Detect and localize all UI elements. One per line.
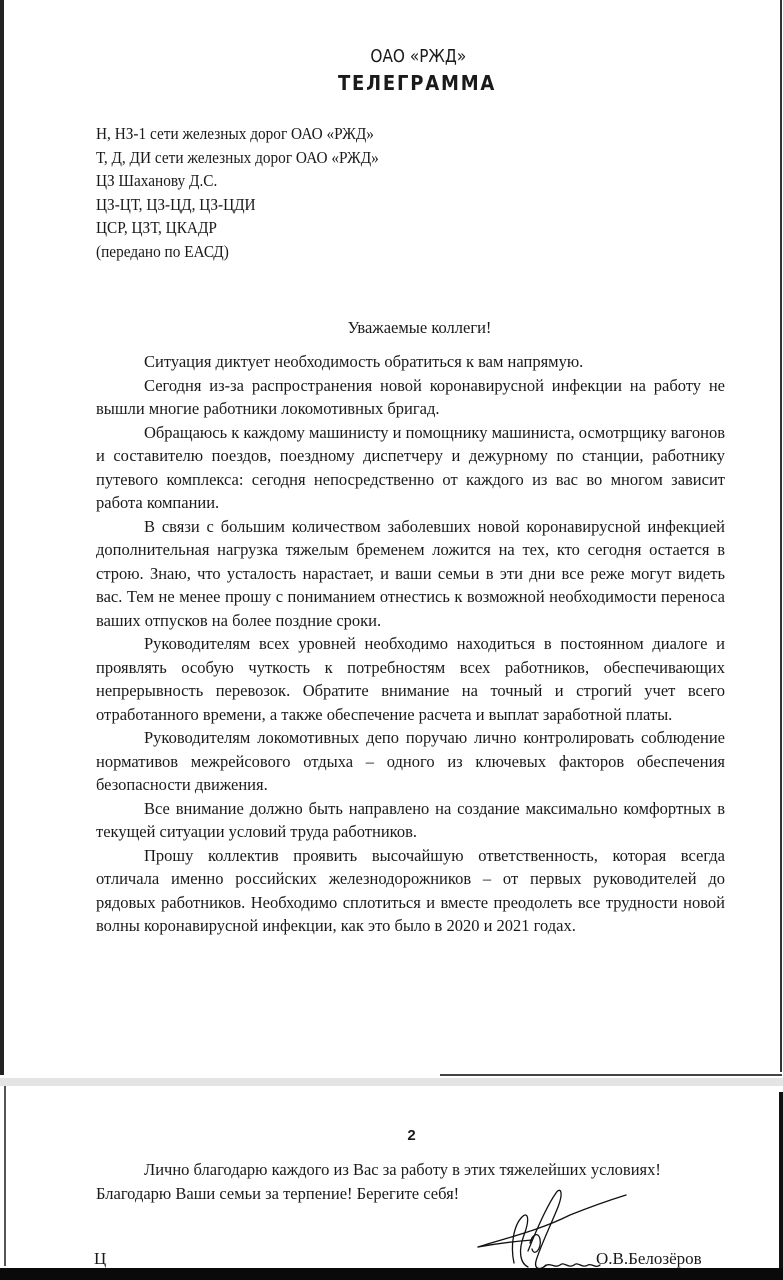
page-number: 2 [0,1127,783,1144]
recipient-line: ЦЗ Шаханову Д.С. [96,169,379,193]
letter-body: Ситуация диктует необходимость обратитьс… [96,350,725,938]
page-right-border [780,0,782,1072]
greeting: Уважаемые коллеги! [0,318,783,338]
executor-initial: Ц [94,1249,106,1269]
recipient-line: ЦЗ-ЦТ, ЦЗ-ЦД, ЦЗ-ЦДИ [96,193,379,217]
page-left-border [4,1086,6,1266]
recipient-line: Н, НЗ-1 сети железных дорог ОАО «РЖД» [96,122,379,146]
signer-name: О.В.Белозёров [596,1249,702,1269]
paragraph: Руководителям локомотивных депо поручаю … [96,726,725,797]
closing-line: Лично благодарю каждого из Вас за работу… [96,1158,725,1182]
paragraph: Руководителям всех уровней необходимо на… [96,632,725,726]
paragraph: В связи с большим количеством заболевших… [96,515,725,633]
paragraph: Все внимание должно быть направлено на с… [96,797,725,844]
closing-line: Благодарю Ваши семьи за терпение! Береги… [96,1182,725,1206]
transmission-note: (передано по ЕАСД) [96,240,379,264]
organization-name: ОАО «РЖД» [66,46,732,67]
paragraph: Обращаюсь к каждому машинисту и помощник… [96,421,725,515]
page-separator [0,1078,783,1086]
document-title: ТЕЛЕГРАММА [44,71,749,95]
page-1: ОАО «РЖД» ТЕЛЕГРАММА Н, НЗ-1 сети железн… [0,0,783,1078]
recipients-block: Н, НЗ-1 сети железных дорог ОАО «РЖД» Т,… [96,122,379,263]
recipient-line: ЦСР, ЦЗТ, ЦКАДР [96,216,379,240]
paragraph: Ситуация диктует необходимость обратитьс… [96,350,725,374]
recipient-line: Т, Д, ДИ сети железных дорог ОАО «РЖД» [96,146,379,170]
paragraph: Прошу коллектив проявить высочайшую отве… [96,844,725,938]
page-left-border [0,0,4,1075]
page-bottom-border [440,1074,782,1076]
closing-text: Лично благодарю каждого из Вас за работу… [96,1158,725,1206]
page-right-border [779,1092,783,1272]
bottom-edge [0,1268,783,1280]
paragraph: Сегодня из-за распространения новой коро… [96,374,725,421]
